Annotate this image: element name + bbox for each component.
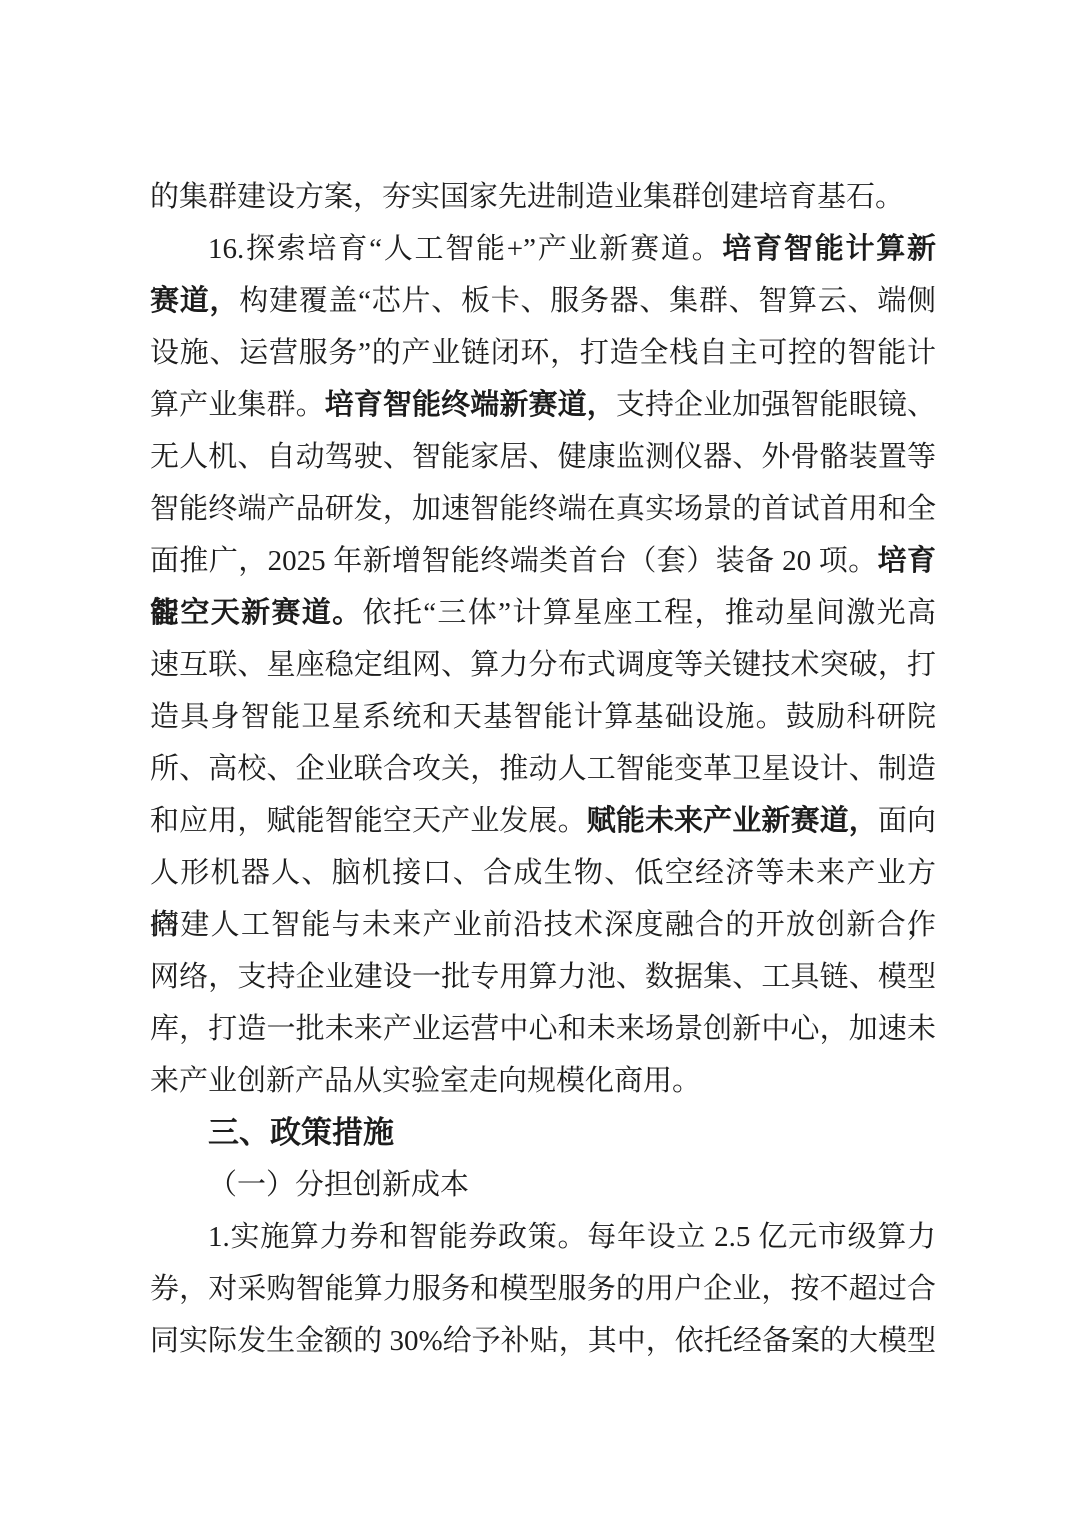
text-line-12: 所、高校、企业联合攻关，推动人工智能变革卫星设计、制造: [150, 743, 936, 795]
text-segment: 无人机、自动驾驶、智能家居、健康监测仪器、外骨骼装置等: [150, 441, 936, 473]
text-line-5: 算产业集群。培育智能终端新赛道，支持企业加强智能眼镜、: [150, 379, 936, 431]
text-line-7: 智能终端产品研发，加速智能终端在真实场景的首试首用和全: [150, 483, 936, 535]
text-line-11: 造具身智能卫星系统和天基智能计算基础设施。鼓励科研院: [150, 691, 936, 743]
text-line-1: 的集群建设方案，夯实国家先进制造业集群创建培育基石。: [150, 171, 936, 223]
text-line-22: 券，对采购智能算力服务和模型服务的用户企业，按不超过合: [150, 1263, 936, 1315]
text-segment: 每年设立 2.5 亿元市级算力: [587, 1221, 936, 1253]
text-segment: 构建覆盖“芯片、板卡、服务器、集群、智算云、端侧: [239, 285, 936, 317]
text-segment: 造具身智能卫星系统和天基智能计算基础设施。鼓励科研院: [150, 701, 936, 733]
text-segment: 设施、运营服务”的产业链闭环，打造全栈自主可控的智能计: [150, 337, 936, 369]
text-line-20: （一）分担创新成本: [150, 1159, 936, 1211]
text-segment: 16.探索培育“人工智能+”产业新赛道。: [208, 233, 722, 265]
text-segment: （一）分担创新成本: [208, 1169, 469, 1201]
text-line-10: 速互联、星座稳定组网、算力分布式调度等关键技术突破，打: [150, 639, 936, 691]
document-page: 的集群建设方案，夯实国家先进制造业集群创建培育基石。16.探索培育“人工智能+”…: [0, 0, 1080, 1527]
text-segment: 培育智能计算新: [722, 233, 936, 265]
text-line-8: 面推广，2025 年新增智能终端类首台（套）装备 20 项。培育智: [150, 535, 936, 587]
text-segment: 速互联、星座稳定组网、算力分布式调度等关键技术突破，打: [150, 649, 936, 681]
text-line-3: 赛道，构建覆盖“芯片、板卡、服务器、集群、智算云、端侧: [150, 275, 936, 327]
text-segment: 支持企业加强智能眼镜、: [616, 389, 936, 421]
document-text-body: 的集群建设方案，夯实国家先进制造业集群创建培育基石。16.探索培育“人工智能+”…: [150, 171, 936, 1367]
text-segment: 库，打造一批未来产业运营中心和未来场景创新中心，加速未: [150, 1013, 936, 1045]
text-segment: 券，对采购智能算力服务和模型服务的用户企业，按不超过合: [150, 1273, 936, 1305]
text-segment: 面向: [878, 805, 936, 837]
text-line-13: 和应用，赋能智能空天产业发展。赋能未来产业新赛道，面向: [150, 795, 936, 847]
text-segment: 依托“三体”计算星座工程，推动星间激光高: [363, 597, 937, 629]
text-segment: 搭建人工智能与未来产业前沿技术深度融合的开放创新合作: [150, 909, 936, 941]
text-line-6: 无人机、自动驾驶、智能家居、健康监测仪器、外骨骼装置等: [150, 431, 936, 483]
section-heading: 三、政策措施: [150, 1107, 936, 1159]
text-line-18: 来产业创新产品从实验室走向规模化商用。: [150, 1055, 936, 1107]
text-segment: 培育智能终端新赛道，: [325, 389, 616, 421]
text-segment: 算产业集群。: [150, 389, 325, 421]
text-line-17: 库，打造一批未来产业运营中心和未来场景创新中心，加速未: [150, 1003, 936, 1055]
text-line-21: 1.实施算力券和智能券政策。每年设立 2.5 亿元市级算力: [150, 1211, 936, 1263]
text-segment: 来产业创新产品从实验室走向规模化商用。: [150, 1065, 701, 1097]
text-segment: 和应用，赋能智能空天产业发展。: [150, 805, 587, 837]
text-line-23: 同实际发生金额的 30%给予补贴，其中，依托经备案的大模型: [150, 1315, 936, 1367]
text-segment: 赋能未来产业新赛道，: [587, 805, 878, 837]
text-segment: 智能终端产品研发，加速智能终端在真实场景的首试首用和全: [150, 493, 936, 525]
text-line-15: 搭建人工智能与未来产业前沿技术深度融合的开放创新合作: [150, 899, 936, 951]
text-line-2: 16.探索培育“人工智能+”产业新赛道。培育智能计算新: [150, 223, 936, 275]
text-segment: 三、政策措施: [208, 1115, 394, 1150]
text-segment: 能空天新赛道。: [150, 597, 363, 629]
text-segment: 赛道，: [150, 285, 239, 317]
text-segment: 面推广，2025 年新增智能终端类首台（套）装备 20 项。: [150, 545, 878, 577]
text-segment: 所、高校、企业联合攻关，推动人工智能变革卫星设计、制造: [150, 753, 936, 785]
text-segment: 同实际发生金额的 30%给予补贴，其中，依托经备案的大模型: [150, 1325, 936, 1357]
text-line-16: 网络，支持企业建设一批专用算力池、数据集、工具链、模型: [150, 951, 936, 1003]
text-segment: 1.实施算力券和智能券政策。: [208, 1221, 587, 1253]
text-line-4: 设施、运营服务”的产业链闭环，打造全栈自主可控的智能计: [150, 327, 936, 379]
text-segment: 的集群建设方案，夯实国家先进制造业集群创建培育基石。: [150, 181, 904, 213]
text-line-14: 人形机器人、脑机接口、合成生物、低空经济等未来产业方向，: [150, 847, 936, 899]
text-line-9: 能空天新赛道。依托“三体”计算星座工程，推动星间激光高: [150, 587, 936, 639]
text-segment: 网络，支持企业建设一批专用算力池、数据集、工具链、模型: [150, 961, 936, 993]
